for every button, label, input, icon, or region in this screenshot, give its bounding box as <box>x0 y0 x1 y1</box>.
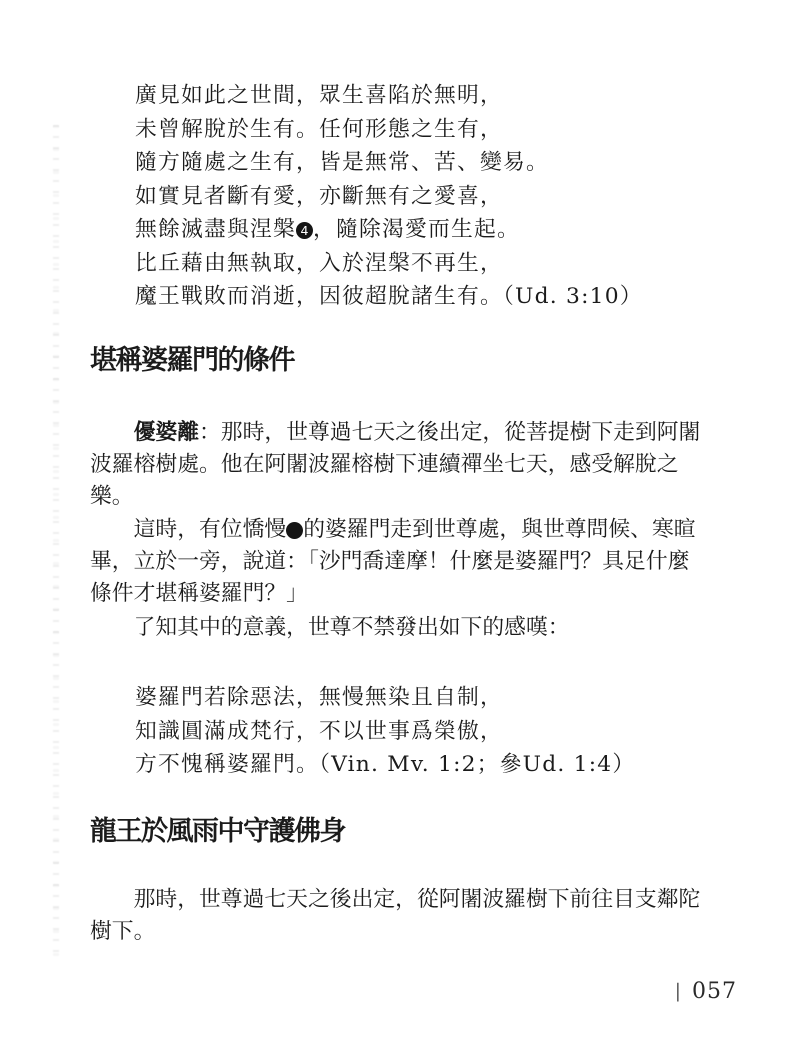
paragraph-line: 條件才堪稱婆羅門？」 <box>90 578 704 610</box>
verse-udana-3-10: 廣見如此之世間，眾生喜陷於無明， 未曾解脫於生有。任何形態之生有， 隨方隨處之生… <box>135 79 643 314</box>
paragraph-meaning: 了知其中的意義，世尊不禁發出如下的感嘆： <box>90 612 704 644</box>
verse-line: 知識圓滿成梵行，不以世事爲榮傲， <box>135 715 635 749</box>
page-number-area: | 057 <box>675 979 737 1004</box>
verse-line-with-citation: 魔王戰敗而消逝，因彼超脫諸生有。（Ud. 3:10） <box>135 280 643 314</box>
page-number: 057 <box>692 979 737 1004</box>
verse-line: 婆羅門若除惡法，無慢無染且自制， <box>135 681 635 715</box>
paragraph-brahmin-question: 這時，有位憍慢5的婆羅門走到世尊處，與世尊問候、寒暄 畢，立於一旁，說道：「沙門… <box>90 514 704 610</box>
verse-line-with-citation: 方不愧稱婆羅門。（Vin. Mv. 1:2；參Ud. 1:4） <box>135 748 635 782</box>
verse-line: 如實見者斷有愛，亦斷無有之愛喜， <box>135 180 643 214</box>
section-heading-brahmin-conditions: 堪稱婆羅門的條件 <box>90 341 294 381</box>
paragraph-line: 那時，世尊過七天之後出定，從阿闍波羅樹下前往目支鄰陀 <box>90 884 704 916</box>
verse-line-text: ，隨除渴愛而生起。 <box>313 217 520 242</box>
verse-line-text: 無餘滅盡與涅槃 <box>135 217 296 242</box>
speaker-name: 優婆離 <box>134 420 199 445</box>
paragraph-line: 優婆離：那時，世尊過七天之後出定，從菩提樹下走到阿闍 <box>90 417 704 449</box>
verse-line: 比丘藉由無執取，入於涅槃不再生， <box>135 247 643 281</box>
page-number-separator: | <box>675 980 681 1002</box>
paragraph-mucalinda: 那時，世尊過七天之後出定，從阿闍波羅樹下前往目支鄰陀 樹下。 <box>90 884 704 948</box>
paragraph-line: 了知其中的意義，世尊不禁發出如下的感嘆： <box>90 612 704 644</box>
paragraph-line-text: 的婆羅門走到世尊處，與世尊問候、寒暄 <box>303 517 695 542</box>
paragraph-upali: 優婆離：那時，世尊過七天之後出定，從菩提樹下走到阿闍 波羅榕樹處。他在阿闍波羅榕… <box>90 417 704 513</box>
margin-bleed-artifact <box>53 125 59 960</box>
footnote-marker-5: 5 <box>286 522 303 539</box>
book-page: 廣見如此之世間，眾生喜陷於無明， 未曾解脫於生有。任何形態之生有， 隨方隨處之生… <box>0 0 792 1056</box>
paragraph-line: 這時，有位憍慢5的婆羅門走到世尊處，與世尊問候、寒暄 <box>90 514 704 546</box>
verse-line: 未曾解脫於生有。任何形態之生有， <box>135 113 643 147</box>
paragraph-line: 畢，立於一旁，說道：「沙門喬達摩！什麼是婆羅門？具足什麼 <box>90 546 704 578</box>
paragraph-line: 波羅榕樹處。他在阿闍波羅榕樹下連續禪坐七天，感受解脫之 <box>90 449 704 481</box>
verse-line: 無餘滅盡與涅槃4，隨除渴愛而生起。 <box>135 213 643 247</box>
footnote-marker-4: 4 <box>296 222 313 239</box>
paragraph-line: 樹下。 <box>90 916 704 948</box>
verse-line: 廣見如此之世間，眾生喜陷於無明， <box>135 79 643 113</box>
section-heading-naga-king: 龍王於風雨中守護佛身 <box>90 812 345 852</box>
verse-line: 隨方隨處之生有，皆是無常、苦、變易。 <box>135 146 643 180</box>
paragraph-line: 樂。 <box>90 481 704 513</box>
verse-vinaya-1-2: 婆羅門若除惡法，無慢無染且自制， 知識圓滿成梵行，不以世事爲榮傲， 方不愧稱婆羅… <box>135 681 635 782</box>
paragraph-line-text: 這時，有位憍慢 <box>134 517 287 542</box>
paragraph-line-text: ：那時，世尊過七天之後出定，從菩提樹下走到阿闍 <box>199 420 700 445</box>
